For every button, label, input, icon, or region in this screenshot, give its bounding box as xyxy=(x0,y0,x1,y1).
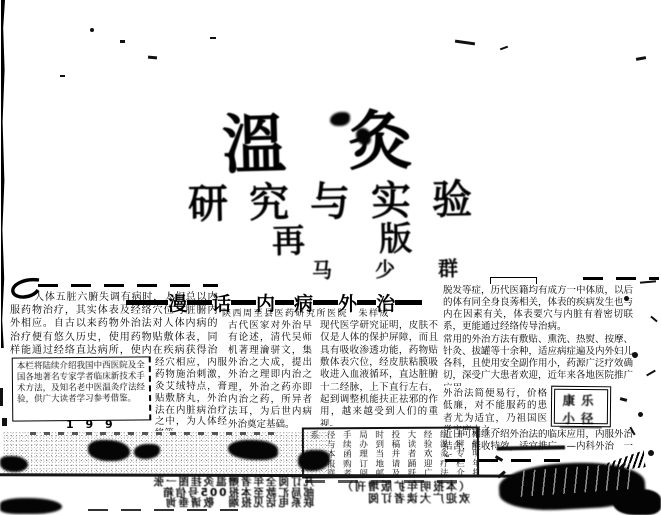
body-col-right-3: 外治法简便易行，价格低廉，对不能服药的患者尤为适宜，乃祖国医学宝库中之一。 xyxy=(443,388,547,430)
headline-dash xyxy=(357,300,376,305)
bottom-right-photo xyxy=(495,449,661,515)
left-edge-mark-1 xyxy=(0,388,3,406)
margin-mark xyxy=(620,397,628,402)
byline: 陕西周至县医药研究所医院 朱样成 xyxy=(222,306,434,319)
margin-mark xyxy=(632,352,638,358)
ink-smudge-1 xyxy=(330,112,350,126)
photo-strip-top-marks xyxy=(30,432,280,435)
photo-left-squiggle-1 xyxy=(495,455,503,462)
margin-mark xyxy=(148,56,157,60)
kangle-line-2: 小径 xyxy=(560,409,602,428)
margin-mark xyxy=(210,37,216,39)
body-col-mid-1: 古代医家对外治早有论述，清代吴师机著理瀹骈文，集外治之大成，提出外治之理即内治之… xyxy=(228,320,312,432)
margin-mark xyxy=(646,370,656,377)
bleed-center-line-1: （本报明年扩版增刊） xyxy=(290,481,470,493)
headline-dash xyxy=(313,300,338,305)
masthead-author: 马少群 xyxy=(312,252,501,284)
margin-mark xyxy=(624,296,629,301)
photo-dark-shape-5 xyxy=(0,456,28,472)
right-col-top-bracket xyxy=(490,277,537,284)
body-col-right-1: 脱发等症，历代医籍均有成方一中体质，以后的体有同全身良莠相关，体表的疾病发生也与… xyxy=(443,285,633,331)
headline-dash xyxy=(231,300,256,305)
headline-dash xyxy=(395,300,422,305)
edition-char-1: 再 xyxy=(272,215,306,263)
bleed-left-line-3: 联系电话见报端 敬请垂询 xyxy=(42,498,314,509)
kangle-xiaojing-box: 康乐 小径 xyxy=(554,389,608,425)
margin-mark xyxy=(640,280,656,283)
bottom-edge-dashes xyxy=(88,509,238,511)
bleed-text-center-block: （本报明年扩版增刊） 欢迎广大读者订阅 xyxy=(290,481,470,504)
photo-extra-blob xyxy=(613,489,661,515)
photo-strip xyxy=(2,431,332,476)
body-col-right-2: 常用的外治方法有敷贴、熏洗、热熨、按摩、针灸、拔罐等十余种，适应病症遍及内外妇儿… xyxy=(443,334,633,386)
margin-mark xyxy=(500,46,508,51)
dashed-rule-top-right xyxy=(583,277,659,280)
margin-mark xyxy=(638,412,643,417)
left-edge-scan-line xyxy=(1,0,5,348)
margin-mark xyxy=(60,75,65,77)
margin-mark xyxy=(648,450,654,456)
photo-year-caption: 1 9 9 xyxy=(66,418,117,431)
scanned-newspaper-page: { "masthead": { "title_chars": ["溫", "灸"… xyxy=(0,0,661,515)
margin-mark xyxy=(455,40,475,46)
body-col-mid-2: 现代医学研究证明，皮肤不仅是人体的保护屏障，而且具有吸收渗透功能，药物贴敷体表穴… xyxy=(320,320,438,426)
left-edge-mark-2 xyxy=(2,418,7,426)
kangle-line-1: 康乐 xyxy=(555,391,607,410)
dashed-rule-left xyxy=(38,284,218,287)
bleed-text-left-block: 凡订阅全年者赠温灸挂图一张 邮局汇款至本报005号信箱 联系电话见报端 敬请垂询 xyxy=(42,477,314,509)
headline-dash xyxy=(275,300,294,305)
margin-mark xyxy=(90,28,94,32)
body-col-left-top: 人体五脏六腑失调有病时，人们总以内服药物治疗，其实体表及经络穴位与脏腑内外相应。… xyxy=(10,291,218,357)
bleed-center-line-2: 欢迎广大读者订阅 xyxy=(290,493,470,505)
body-col-left-narrow: 经穴相应，内服药物施治刺激，灸艾绒特点，膏贴敷脐丸，外治法在内脏病治疗之中，为人… xyxy=(155,357,227,431)
ink-smudge-2 xyxy=(356,128,371,145)
margin-mark xyxy=(120,40,125,43)
photo-dark-shape-1 xyxy=(88,440,130,461)
boxed-editor-note: 本栏将陆续介绍我国中西医院及全国各地著名专家学者临床新技术手术方法，及知名老中医… xyxy=(12,356,152,421)
margin-mark xyxy=(650,316,657,323)
margin-mark xyxy=(636,56,646,61)
